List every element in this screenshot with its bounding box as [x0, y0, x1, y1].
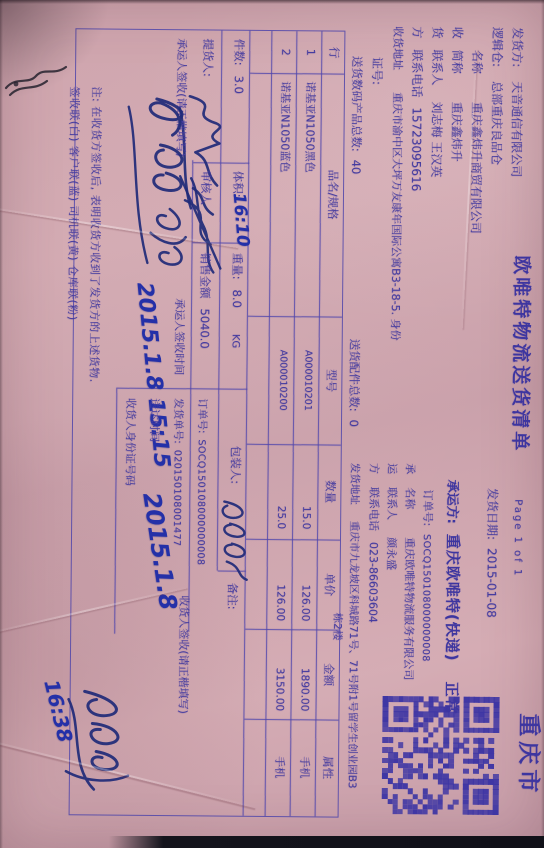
arrive-label: 送达时间 [147, 398, 160, 442]
city-stamp: 重庆市 [514, 713, 541, 797]
shipper-row: 发货方: 天音通信有限公司 [508, 27, 523, 177]
table-row-cell: 25.0 [275, 444, 288, 529]
consignee-short-label: 简称 [449, 50, 463, 74]
summary-order-row: 订单号: SOCQ150108000000008 [194, 398, 208, 565]
consignee-group-char-2: 货 [430, 26, 444, 38]
carrier-group-char-3: 方 [367, 463, 380, 474]
carrier-phone-row: 联系电话 023-86603604 [366, 487, 380, 623]
carrier-label: 承运方: [443, 479, 458, 523]
remark-label: 备注: [225, 583, 238, 610]
table-row-cell: A000010200 [276, 350, 287, 411]
consignee-short: 重庆鑫炜升 [449, 102, 463, 162]
packer-signature [210, 495, 257, 583]
consignee-addr-row: 收货地址 重庆市渝中区大坪万友康年国际公寓B3-18-5. 身份 [388, 26, 403, 341]
carrier-signature [112, 85, 209, 286]
digital-total-label: 送货数码产品总数: [349, 56, 363, 152]
consignee-group-char-1: 收 [450, 27, 464, 39]
table-row-cell: 126.00 [299, 539, 312, 621]
items-table: 行 品名/规格 型号 数量 单价 金额 属性 1 诺基亚N1050黑色 A000… [69, 28, 346, 817]
weight-row: 重量: 8.0 KG [229, 253, 243, 349]
shipno-label: 发货单号: [172, 398, 184, 444]
pieces-row: 件数: 3.0 [232, 39, 246, 94]
carrier-name: 重庆欧唯特物流服务有限公司 [401, 537, 415, 680]
carrier-name-big: 重庆欧唯特(快递) [443, 534, 461, 662]
summary-order-no: SOCQ150108000000008 [194, 439, 206, 565]
consignee-short-row: 简称 重庆鑫炜升 [449, 50, 464, 162]
weight-unit: KG [229, 334, 241, 348]
carrier-phone-label: 联系电话 [366, 487, 379, 531]
carrier-addr-label: 发货地址 [348, 463, 360, 505]
pieces-label: 件数: [232, 39, 245, 66]
carrier-order-no: SOCQ150108000000008 [419, 534, 431, 662]
col-header-model: 型号 [324, 369, 337, 392]
consignee-addr-label: 收货地址 [390, 26, 403, 70]
carrier-row: 承运方: 重庆欧唯特(快递) 正常 [442, 479, 462, 715]
carrier-addr-row: 发货地址 重庆市九龙坡区科城路71号、71号附1号留学生创业园B3 [346, 463, 361, 789]
packer-label: 包装人: [228, 446, 242, 484]
page-indicator: Page 1 of 1 [511, 499, 523, 577]
parts-total-label: 送货配件总数: [347, 339, 361, 412]
pen-scribble-mark [2, 50, 72, 102]
carrier-name-label: 名称 [403, 487, 416, 509]
table-row-cell: 2 [279, 49, 292, 56]
carrier-group-char-1: 承 [403, 463, 416, 474]
carrier-contact: 颜永盛 [384, 537, 397, 570]
carrier-status: 正常 [442, 681, 460, 715]
col-header-line: 行 [327, 47, 340, 59]
warehouse-name: 总部重庆良品仓 [488, 81, 503, 165]
receiver-sign-label: 收货人签收(请正楷填写) [176, 595, 190, 714]
carrier-order-label: 订单号: [420, 489, 433, 526]
warehouse-row: 逻辑仓: 总部重庆良品仓 [488, 27, 503, 165]
digital-total-value: 40 [349, 160, 362, 175]
col-header-amount: 金额 [321, 663, 334, 686]
shipper-label: 发货方: [509, 27, 523, 67]
carrier-phone: 023-86603604 [366, 542, 379, 623]
digital-total-row: 送货数码产品总数: 40 [349, 56, 363, 175]
summary-order-label: 订单号: [196, 398, 208, 433]
table-row-cell: 1 [304, 49, 317, 56]
parts-total-value: 0 [347, 420, 360, 427]
carrier-contact-row: 联系人 颜永盛 [384, 487, 397, 570]
col-header-price: 单价 [322, 573, 335, 596]
table-row-cell: 15.0 [300, 444, 313, 529]
table-row-cell: A000010201 [301, 350, 312, 411]
carrier-group-char-2: 运 [385, 463, 398, 474]
table-row-cell: 手机 [297, 756, 310, 778]
shipno-row: 发货单号: 020150108001477 [170, 398, 184, 546]
col-header-qty: 数量 [323, 480, 336, 503]
consignee-phone: 15723095616 [408, 107, 423, 191]
carrier-order-row: 订单号: SOCQ150108000000008 [419, 489, 433, 662]
table-row-cell: 手机 [272, 756, 285, 778]
parts-total-row: 送货配件总数: 0 [347, 339, 361, 427]
scanned-delivery-note: 欧唯特物流送货清单 Page 1 of 1 发货日期: 2015-01-08 重… [0, 0, 544, 848]
consignee-name-label: 名称 [469, 50, 483, 74]
col-header-name: 品名/规格 [326, 170, 340, 220]
pieces-value: 3.0 [232, 76, 245, 94]
warehouse-label: 逻辑仓: [489, 27, 503, 67]
carrier-addr: 重庆市九龙坡区科城路71号、71号附1号留学生创业园B3 [346, 521, 360, 789]
consignee-name: 重庆鑫炜升商贸有限公司 [468, 102, 483, 234]
note-line-2: 签收联(白) 客户联(蓝) 司机联(黄) 仓库联(粉) [65, 86, 80, 320]
consignee-addr: 重庆市渝中区大坪万友康年国际公寓B3-18-5. 身份 [388, 92, 403, 341]
table-row-cell: 3150.00 [273, 629, 286, 711]
col-header-attr: 属性 [321, 756, 334, 779]
table-row-cell: 1890.00 [298, 629, 311, 711]
amount-value: 5040.0 [197, 308, 211, 348]
ship-date-value: 2015-01-08 [484, 548, 498, 618]
table-row-cell: 126.00 [274, 539, 287, 621]
carrier-time-label: 承运人签收时间 [172, 298, 185, 375]
document-content: 欧唯特物流送货清单 Page 1 of 1 发货日期: 2015-01-08 重… [0, 0, 544, 848]
ship-date-label: 发货日期: [484, 488, 498, 540]
shipno-value: 020150108001477 [170, 450, 182, 547]
note-line-1: 注: 在收货方签收后, 表明收货方收到了发货方的上述货物. [87, 86, 102, 382]
consignee-phone-row: 联系电话 15723095616 [408, 49, 423, 191]
volume-handwritten: 16:10 [229, 192, 253, 248]
pickup-label: 提货人: [201, 38, 215, 76]
consignee-contact-row: 联系人 刘志梅 王汉英 [428, 49, 443, 177]
consignee-contact-label: 联系人 [429, 49, 443, 85]
table-row-cell: 诺基亚N1050黑色 [303, 81, 316, 172]
page-title: 欧唯特物流送货清单 [508, 255, 532, 453]
consignee-group-char-3: 方 [410, 26, 424, 38]
table-row-cell: 诺基亚N1050蓝色 [278, 81, 291, 172]
consignee-name-row: 名称 重庆鑫炜升商贸有限公司 [468, 50, 483, 234]
carrier-name-row: 名称 重庆欧唯特物流服务有限公司 [401, 487, 415, 680]
consignee-contact: 刘志梅 王汉英 [428, 101, 442, 177]
weight-value: 8.0 [230, 290, 243, 308]
consignee-id-label: 证号: [369, 57, 383, 85]
carrier-contact-label: 联系人 [385, 487, 398, 520]
receiver-id-label: 收货人身份证号码 [123, 398, 136, 486]
consignee-phone-label: 联系电话 [409, 49, 423, 97]
weight-label: 重量: [230, 253, 243, 280]
ship-date-row: 发货日期: 2015-01-08 [484, 488, 499, 618]
shipper-name: 天音通信有限公司 [508, 81, 523, 177]
